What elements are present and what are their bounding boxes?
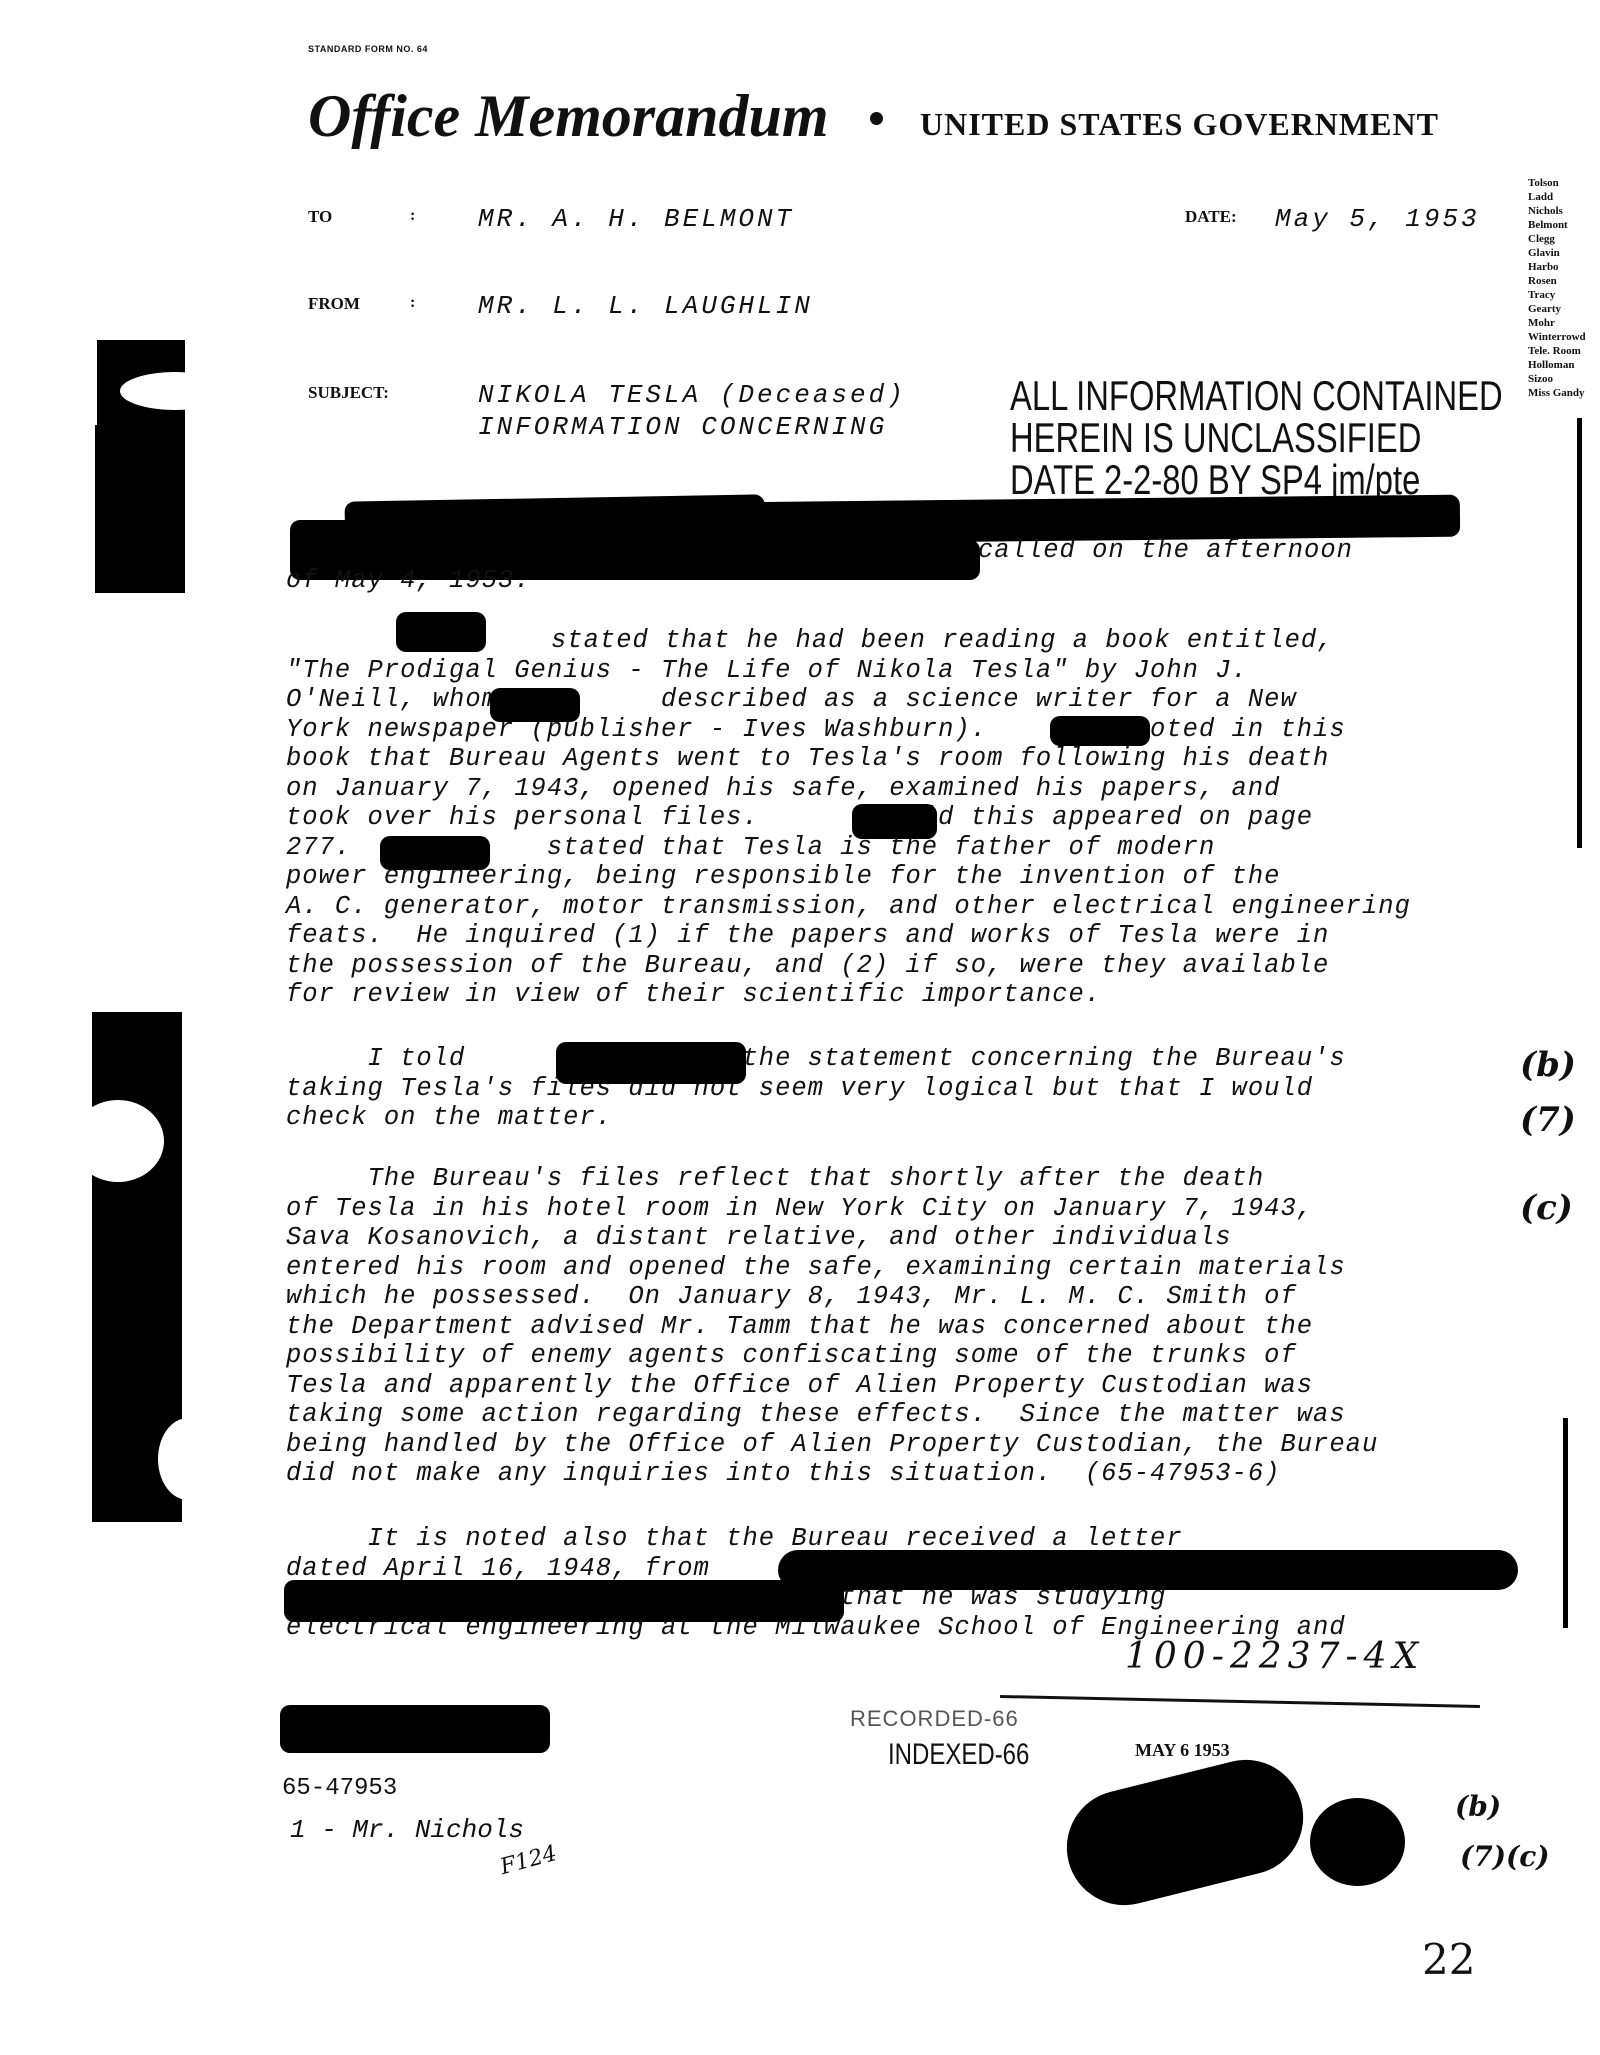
routing-name: Tracy: [1528, 288, 1600, 302]
exemption-note-b: (b): [1520, 1045, 1576, 1085]
p4-line: did not make any inquiries into this sit…: [286, 1459, 1378, 1489]
routing-name: Ladd: [1528, 190, 1600, 204]
title-separator-dot: [870, 112, 883, 125]
form-number: STANDARD FORM NO. 64: [308, 44, 428, 54]
redaction: [284, 1580, 844, 1622]
p1-line-2: of May 4, 1953.: [286, 566, 531, 596]
from-label: FROM: [308, 294, 360, 314]
p4-line: The Bureau's files reflect that shortly …: [286, 1164, 1378, 1194]
exemption-note-bottom-7c: (7)(c): [1460, 1840, 1550, 1873]
routing-name: Belmont: [1528, 218, 1600, 232]
punch-hole: [72, 1100, 164, 1182]
indexed-stamp: INDEXED-66: [888, 1738, 1029, 1772]
p2-line: book that Bureau Agents went to Tesla's …: [286, 744, 1411, 774]
memo-title: Office Memorandum: [308, 86, 829, 146]
routing-name: Rosen: [1528, 274, 1600, 288]
p3-line: check on the matter.: [286, 1103, 1346, 1133]
p4-line: Tesla and apparently the Office of Alien…: [286, 1371, 1378, 1401]
p4-line: taking some action regarding these effec…: [286, 1400, 1378, 1430]
routing-name: Mohr: [1528, 316, 1600, 330]
p2-line: the possession of the Bureau, and (2) if…: [286, 951, 1411, 981]
redaction: [852, 804, 937, 839]
declassification-stamp: ALL INFORMATION CONTAINED HEREIN IS UNCL…: [1010, 375, 1503, 501]
p2-line: A. C. generator, motor transmission, and…: [286, 892, 1411, 922]
p4-line: of Tesla in his hotel room in New York C…: [286, 1194, 1378, 1224]
routing-name: Nichols: [1528, 204, 1600, 218]
stamp-line-1: ALL INFORMATION CONTAINED: [1010, 375, 1503, 417]
p4-line: entered his room and opened the safe, ex…: [286, 1253, 1378, 1283]
p2-line: "The Prodigal Genius - The Life of Nikol…: [286, 656, 1411, 686]
subject-label: SUBJECT:: [308, 383, 389, 403]
redaction: [490, 688, 580, 722]
date-value: May 5, 1953: [1275, 204, 1480, 234]
exemption-note-7: (7): [1520, 1100, 1576, 1140]
paragraph-3: I told that the statement concerning the…: [286, 1044, 1346, 1133]
p3-line: I told that the statement concerning the…: [286, 1044, 1346, 1074]
routing-name: Miss Gandy: [1528, 386, 1600, 400]
redaction-blob: [1055, 1748, 1316, 1918]
organization-name: UNITED STATES GOVERNMENT: [920, 106, 1439, 143]
redaction: [380, 836, 490, 870]
from-colon: :: [410, 294, 415, 312]
carbon-copy: 1 - Mr. Nichols: [290, 1815, 524, 1845]
to-colon: :: [410, 207, 415, 225]
p3-line: taking Tesla's files did not seem very l…: [286, 1074, 1346, 1104]
redaction: [556, 1042, 746, 1084]
paragraph-4: The Bureau's files reflect that shortly …: [286, 1164, 1378, 1489]
subject-line-1: NIKOLA TESLA (Deceased): [478, 380, 906, 410]
p2-line: feats. He inquired (1) if the papers and…: [286, 921, 1411, 951]
punch-hole: [120, 372, 230, 410]
redaction: [1050, 716, 1150, 746]
redaction: [280, 1705, 550, 1753]
exemption-note-c: (c): [1520, 1188, 1573, 1228]
p2-line: took over his personal files. said this …: [286, 803, 1411, 833]
margin-bracket: [1563, 1418, 1568, 1628]
punch-hole: [158, 1418, 218, 1500]
stamp-line-2: HEREIN IS UNCLASSIFIED: [1010, 417, 1503, 459]
routing-name: Tele. Room: [1528, 344, 1600, 358]
p2-line: York newspaper (publisher - Ives Washbur…: [286, 715, 1411, 745]
paragraph-2: stated that he had been reading a book e…: [286, 626, 1411, 1010]
subject-line-2: INFORMATION CONCERNING: [478, 412, 887, 442]
routing-name: Gearty: [1528, 302, 1600, 316]
redaction-blob: [1310, 1798, 1405, 1886]
to-label: TO: [308, 207, 332, 227]
p4-line: being handled by the Office of Alien Pro…: [286, 1430, 1378, 1460]
to-value: MR. A. H. BELMONT: [478, 204, 794, 234]
routing-name: Clegg: [1528, 232, 1600, 246]
redaction: [396, 612, 486, 652]
routing-name: Glavin: [1528, 246, 1600, 260]
margin-bracket: [1577, 418, 1582, 848]
p4-line: Sava Kosanovich, a distant relative, and…: [286, 1223, 1378, 1253]
p4-line: possibility of enemy agents confiscating…: [286, 1341, 1378, 1371]
p4-line: the Department advised Mr. Tamm that he …: [286, 1312, 1378, 1342]
file-reference: 65-47953: [282, 1775, 397, 1802]
routing-name: Tolson: [1528, 176, 1600, 190]
p4-line: which he possessed. On January 8, 1943, …: [286, 1282, 1378, 1312]
routing-name: Holloman: [1528, 358, 1600, 372]
date-label: DATE:: [1185, 207, 1237, 227]
routing-name: Sizoo: [1528, 372, 1600, 386]
exemption-note-bottom-b: (b): [1455, 1790, 1501, 1823]
p1-line-1: called on the afternoon: [978, 536, 1353, 566]
routing-name: Winterrowd: [1528, 330, 1600, 344]
file-number-handwritten: 100-2237-4X: [1125, 1636, 1424, 1677]
date-received-stamp: MAY 6 1953: [1135, 1740, 1230, 1761]
p2-line: for review in view of their scientific i…: [286, 980, 1411, 1010]
p2-line: O'Neill, whom described as a science wri…: [286, 685, 1411, 715]
routing-name: Harbo: [1528, 260, 1600, 274]
routing-list: TolsonLaddNicholsBelmontCleggGlavinHarbo…: [1528, 176, 1600, 400]
handwritten-underline: [1000, 1695, 1480, 1708]
from-value: MR. L. L. LAUGHLIN: [478, 291, 813, 321]
binder-strip-upper: [95, 425, 185, 593]
redaction: [778, 1550, 1518, 1590]
handwritten-initials: F124: [498, 1841, 560, 1880]
page-number-handwritten: 22: [1422, 1935, 1475, 1984]
recorded-stamp: RECORDED-66: [850, 1706, 1019, 1732]
p2-line: on January 7, 1943, opened his safe, exa…: [286, 774, 1411, 804]
